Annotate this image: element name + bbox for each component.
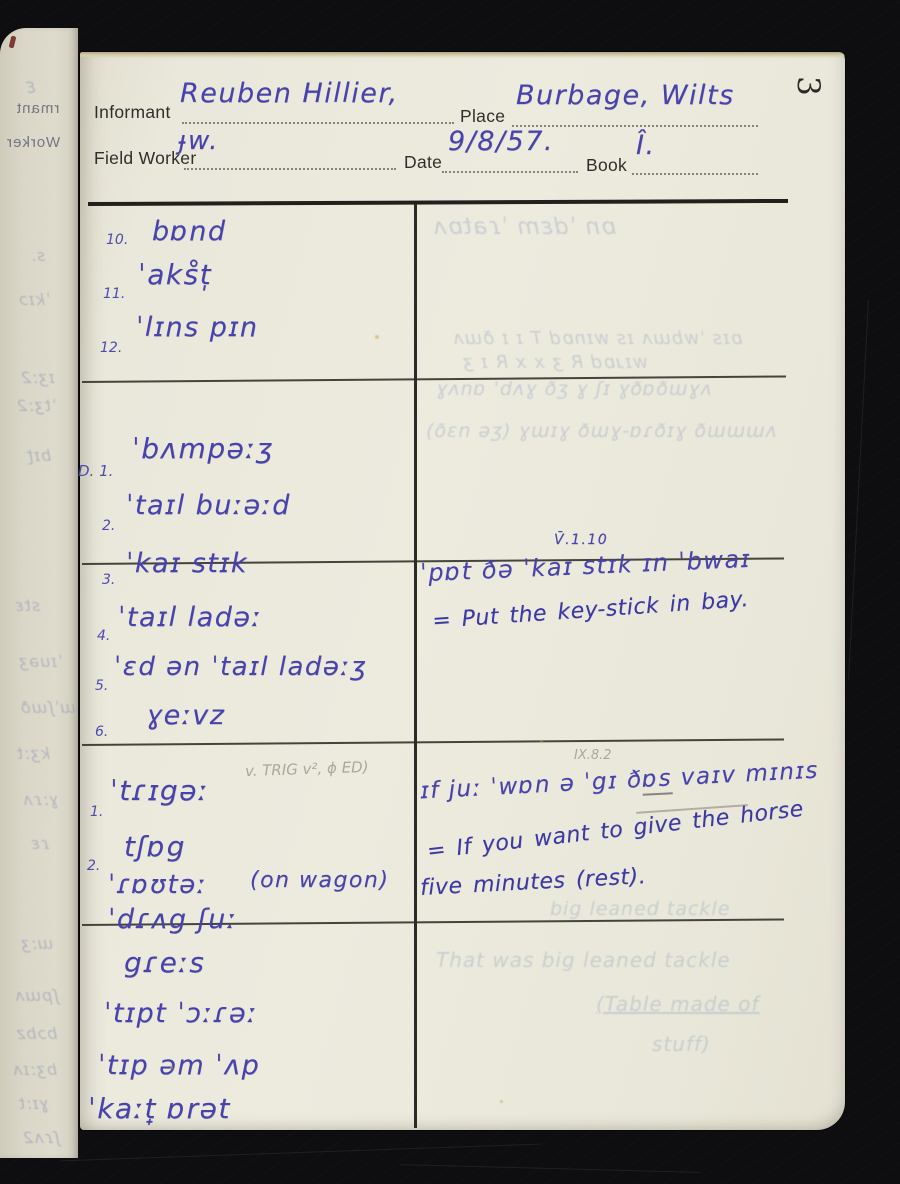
book-value: Î. — [636, 130, 656, 161]
phonetic-entry: ˈtɪp əm ˈʌp — [98, 1050, 260, 1081]
entry-number: 1. — [90, 804, 103, 820]
ghost-text-line: That was big leaned tackle — [436, 948, 731, 972]
previous-page-edge: Ɛ rmant Worker s. ˈkɪɔ ɪʒː2 ˈtʒː2 bɪʈ st… — [0, 28, 78, 1158]
ghost-fragment: ˈtʒː2 — [16, 396, 56, 415]
reference-mark: V̄.1.10 — [554, 532, 608, 548]
entry-number: D. 1. — [78, 462, 113, 480]
ghost-fragment: ɯːʒ — [20, 934, 53, 953]
entry-number: 6. — [95, 724, 108, 740]
underlined-segment: ɒs — [642, 765, 673, 796]
background-scratch — [848, 300, 869, 680]
ghost-fragment: Ɛ — [26, 78, 37, 97]
ghost-fragment: rmant — [16, 100, 59, 117]
ghost-fragment: ˈɪuəʒ — [18, 652, 63, 671]
paper-speck — [170, 1065, 173, 1070]
ghost-fragment: s. — [30, 246, 45, 265]
date-label: Date — [404, 152, 442, 173]
phonetic-entry: ˈkaɪ stɪk — [126, 548, 248, 579]
background-scratch — [60, 1144, 540, 1162]
entry-note: (on wagon) — [250, 868, 389, 893]
ghost-fragment: ʃpɯʌ — [14, 986, 59, 1005]
phonetic-entry: ˈbʌmpəːʒ — [132, 432, 274, 465]
english-gloss: five minutes (rest). — [420, 864, 647, 901]
phonetic-entry: tʃɒg — [124, 830, 186, 863]
dotted-leader — [442, 171, 578, 173]
dotted-leader — [184, 168, 396, 170]
phonetic-entry: ˈtaɪl buːəːd — [126, 490, 291, 521]
red-mark — [9, 36, 17, 49]
informant-label: Informant — [94, 102, 171, 123]
phonetic-entry: gɾeːs — [124, 946, 205, 979]
phonetic-entry: ˈdɾʌg ʃuː — [108, 904, 237, 935]
ghost-fragment: bɔbz — [16, 1024, 58, 1043]
scanned-notebook-photo: Ɛ rmant Worker s. ˈkɪɔ ɪʒː2 ˈtʒː2 bɪʈ st… — [0, 0, 900, 1184]
entry-number: 3. — [102, 572, 115, 588]
phrase-segment: ɪf juː ˈwɒn ə ˈgɪ ð — [420, 767, 643, 805]
ghost-fragment: bʒːɪʌ — [12, 1060, 57, 1079]
entry-number: 4. — [97, 628, 110, 644]
phonetic-phrase: ˈpɒt ðə ˈkaɪ stɪk ɪn ˈbwaɪ — [420, 545, 752, 587]
english-gloss: = If you want to give the horse — [426, 797, 805, 865]
phonetic-entry: ˈɛd ən ˈtaɪl ladəːʒ — [114, 652, 367, 682]
ghost-fragment: ɣɪːt — [18, 1094, 49, 1113]
column-divider-line — [414, 204, 417, 1128]
book-label: Book — [586, 155, 627, 176]
ghost-fragment: stɛ — [14, 596, 40, 615]
paper-speck — [540, 740, 543, 743]
ghost-fragment: ɯˈʃɯð — [20, 698, 76, 717]
entry-number: 2. — [102, 518, 115, 534]
entry-number: 11. — [103, 286, 125, 302]
section-divider-line — [82, 738, 784, 745]
phonetic-phrase: ɪf juː ˈwɒn ə ˈgɪ ðɒs vaɪv mɪnɪs — [420, 758, 820, 805]
ghost-text-line: stuff) — [652, 1032, 711, 1056]
phrase-segment: vaɪv mɪnɪs — [671, 758, 819, 792]
paper-speck — [375, 335, 379, 339]
entry-number: 5. — [95, 678, 108, 694]
notebook-page: 3 Informant Reuben Hillier, Place Burbag… — [80, 52, 845, 1130]
phonetic-entry: ˈlɪns pɪn — [136, 312, 259, 343]
ghost-fragment: ɣːɾʌ — [22, 790, 59, 809]
page-number: 3 — [790, 76, 826, 96]
paper-speck — [500, 1100, 503, 1103]
ghost-text-line: (ðɛn əʒ) ɣɯɪɣ ðɯɣ-ɒɾðɪɣ ðɯɯɯʌ — [426, 420, 778, 442]
ghost-fragment: Worker — [6, 134, 60, 151]
ghost-fragment: ˈkɪɔ — [18, 290, 50, 309]
date-value: 9/8/57. — [448, 126, 554, 157]
ghost-text-line: big leaned tackle — [550, 898, 730, 920]
phonetic-entry: ˈkaːt̟ ɒrət — [88, 1092, 231, 1125]
header-rule — [88, 199, 788, 206]
phonetic-entry: ˈtaɪl ladəː — [118, 602, 262, 633]
field-worker-value: ɟw. — [178, 126, 219, 156]
place-value: Burbage, Wilts — [516, 80, 735, 111]
place-label: Place — [460, 106, 505, 127]
background-scratch — [400, 1164, 700, 1173]
entry-number: 2. — [87, 858, 100, 874]
phonetic-entry: ˈɾɒʊtəː — [108, 870, 207, 900]
entry-number: 10. — [106, 232, 128, 248]
phonetic-entry: bɒnd — [152, 216, 227, 247]
phonetic-entry: ˈaks̊t̩ — [138, 258, 212, 291]
english-gloss: = Put the key-stick in bay. — [432, 587, 750, 634]
ghost-fragment: ɾɛ — [30, 834, 49, 853]
ghost-fragment: kʒːt — [16, 744, 50, 763]
dotted-leader — [632, 173, 758, 175]
ghost-text-line: ɒn ˈdɛm ˈɾatɒʌ — [432, 214, 616, 240]
phonetic-entry: ˈtɪpt ˈɔːɾəː — [104, 998, 258, 1029]
ghost-fragment: ʃɾʌ2 — [22, 1128, 60, 1147]
informant-value: Reuben Hillier, — [180, 78, 399, 109]
phonetic-entry: ˈtɾɪgəː — [110, 774, 209, 807]
pencil-reference: IX.8.2 — [574, 748, 612, 763]
phonetic-entry: ɣeːvz — [146, 700, 225, 731]
ghost-text-line: ɒɪs ˈwbɯʌ ɪs wɪnɒd T ɪ ɪ ðɯʌ — [452, 328, 742, 349]
ghost-text-line: ɣʌnɒ ˈdʌɣ ðʒ ɣ ʃɪ ɣðɒðɯɣʌ — [436, 378, 713, 400]
dotted-leader — [182, 122, 454, 124]
entry-number: 12. — [100, 340, 122, 356]
pencil-annotation: v. TRIG v², ɸ ED) — [245, 758, 369, 780]
ghost-fragment: bɪʈ — [26, 446, 51, 465]
ghost-text-line: wɪɹɒd R ʒ x x R ɪ ʒ — [462, 352, 648, 373]
ghost-fragment: ɪʒː2 — [20, 368, 55, 387]
ghost-text-line: (Table made of — [596, 992, 759, 1016]
